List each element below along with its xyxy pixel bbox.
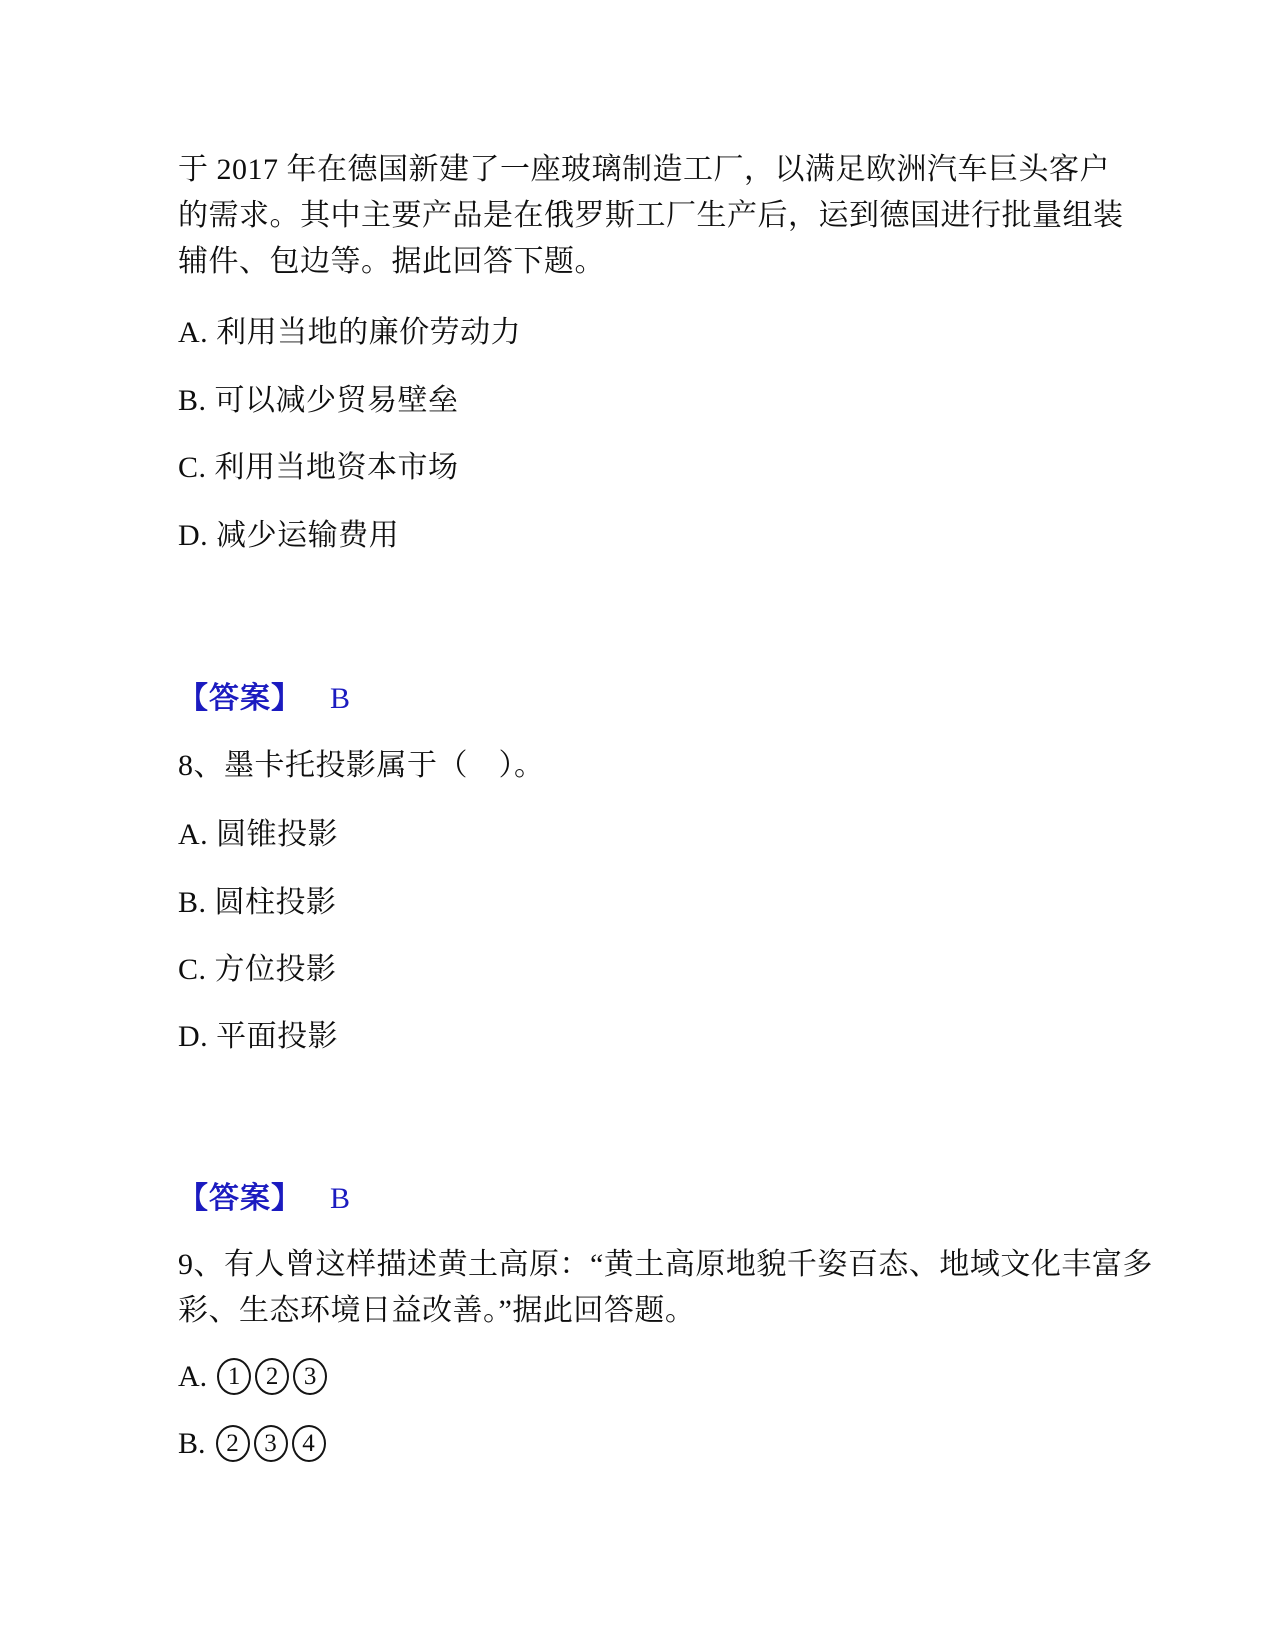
answer-label: 【答案】 xyxy=(178,682,302,715)
circled-number-2: 2 xyxy=(216,1425,250,1462)
circled-number-3: 3 xyxy=(254,1425,288,1462)
question8-option-a: A. 圆锥投影 xyxy=(178,817,338,853)
circled-number-4: 4 xyxy=(292,1425,326,1462)
answer-row-2: 【答案】B xyxy=(178,1181,350,1217)
question9-title-line-1: 9、有人曾这样描述黄土高原：“黄土高原地貌千姿百态、地域文化丰富多 xyxy=(178,1242,1153,1288)
exam-document-page: { "page": { "background": "#ffffff", "te… xyxy=(0,0,1275,1650)
intro-question-line-2: 的需求。其中主要产品是在俄罗斯工厂生产后，运到德国进行批量组装 xyxy=(178,193,1124,239)
intro-option-a: A. 利用当地的廉价劳动力 xyxy=(178,315,521,351)
question8-option-b: B. 圆柱投影 xyxy=(178,885,337,921)
intro-option-d: D. 减少运输费用 xyxy=(178,518,399,554)
option-letter: B. xyxy=(178,1426,206,1462)
question9-option-b: B. 2 3 4 xyxy=(178,1425,330,1462)
question8-option-c: C. 方位投影 xyxy=(178,952,337,988)
circled-number-1: 1 xyxy=(217,1358,251,1395)
answer-value: B xyxy=(330,1182,350,1215)
option-letter: A. xyxy=(178,1359,207,1395)
intro-option-b: B. 可以减少贸易壁垒 xyxy=(178,383,459,419)
answer-value: B xyxy=(330,682,350,715)
answer-label: 【答案】 xyxy=(178,1182,302,1215)
question8-option-d: D. 平面投影 xyxy=(178,1019,338,1055)
circled-number-2: 2 xyxy=(255,1358,289,1395)
question9-title-line-2: 彩、生态环境日益改善。”据此回答题。 xyxy=(178,1288,695,1334)
question8-title: 8、墨卡托投影属于（ ）。 xyxy=(178,748,545,784)
circled-number-3: 3 xyxy=(293,1358,327,1395)
answer-row-1: 【答案】B xyxy=(178,681,350,717)
intro-question-line-3: 辅件、包边等。据此回答下题。 xyxy=(178,239,605,285)
intro-option-c: C. 利用当地资本市场 xyxy=(178,450,459,486)
intro-question-line-1: 于 2017 年在德国新建了一座玻璃制造工厂，以满足欧洲汽车巨头客户 xyxy=(178,147,1110,193)
question9-option-a: A. 1 2 3 xyxy=(178,1358,331,1395)
